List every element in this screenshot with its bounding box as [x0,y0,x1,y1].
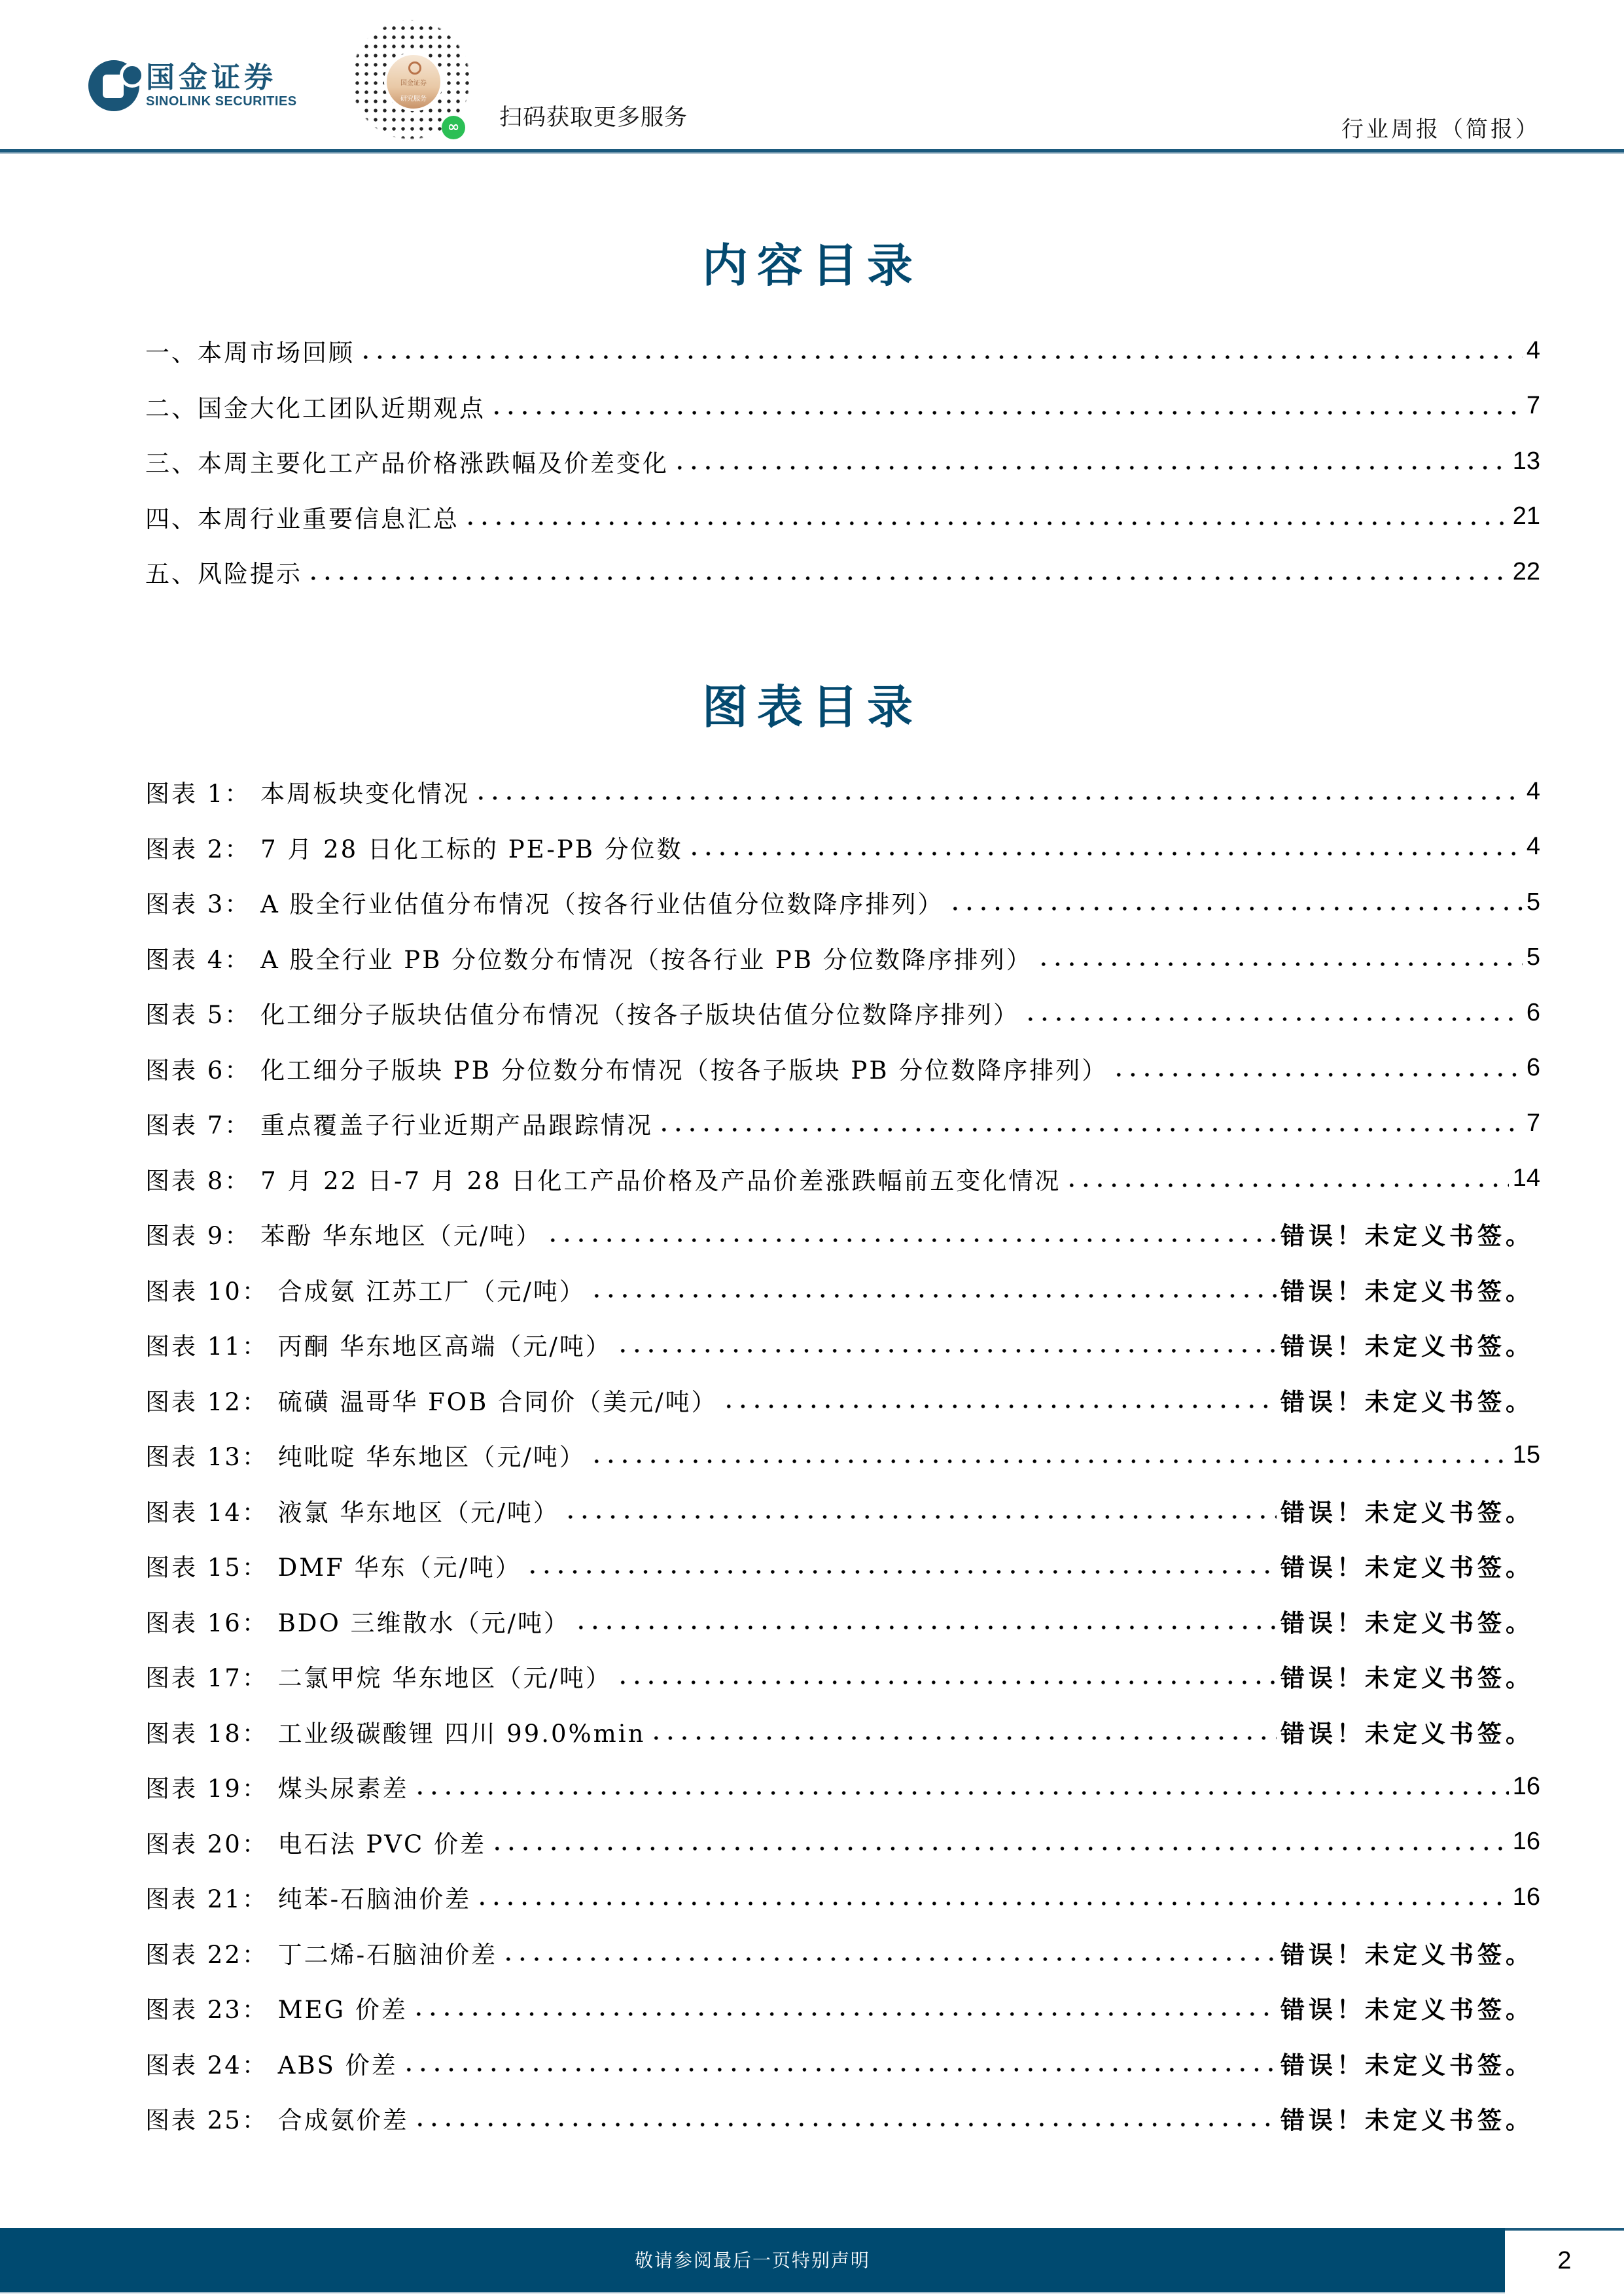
figure-toc-entry[interactable]: 图表 10： 合成氨 江苏工厂（元/吨）错误！未定义书签。 [145,1262,1540,1317]
figure-toc-label: 图表 3： A 股全行业估值分布情况（按各行业估值分位数降序排列） [145,884,944,920]
qr-center-badge: 国金证券 研究服务 [384,52,443,111]
bookmark-error-text: 错误！未定义书签。 [1280,1658,1534,1694]
figure-toc-page-number: 4 [1527,778,1540,806]
dot-leader [525,1553,1277,1578]
dot-leader [590,1442,1509,1467]
figure-toc-entry[interactable]: 图表 21： 纯苯-石脑油价差16 [145,1870,1540,1925]
figure-toc-entry[interactable]: 图表 15： DMF 华东（元/吨）错误！未定义书签。 [145,1538,1540,1593]
figure-toc-page-number: 14 [1513,1164,1540,1192]
figures-title: 图表目录 [0,670,1624,737]
figure-toc-entry[interactable]: 图表 4： A 股全行业 PB 分位数分布情况（按各行业 PB 分位数降序排列）… [145,930,1540,986]
dot-leader [474,779,1523,804]
figure-toc-page-number: 5 [1527,888,1540,916]
figure-toc-label: 图表 2： 7 月 28 日化工标的 PE-PB 分位数 [145,829,683,865]
dot-leader [687,835,1523,860]
figure-toc-label: 图表 24： ABS 价差 [145,2045,398,2081]
figure-toc-entry[interactable]: 图表 18： 工业级碳酸锂 四川 99.0%min错误！未定义书签。 [145,1704,1540,1760]
dot-leader [489,394,1523,419]
dot-leader [1023,1000,1523,1025]
dot-leader [413,1774,1509,1799]
logo-chinese-name: 国金证券 [146,62,297,94]
bookmark-error-text: 错误！未定义书签。 [1280,1382,1534,1418]
figure-toc-label: 图表 16： BDO 三维散水（元/吨） [145,1603,570,1639]
toc-entry-label: 二、国金大化工团队近期观点 [145,389,485,424]
figure-toc-label: 图表 10： 合成氨 江苏工厂（元/吨） [145,1272,586,1307]
dot-leader [1112,1056,1523,1081]
figure-toc-entry[interactable]: 图表 23： MEG 价差错误！未定义书签。 [145,1980,1540,2036]
dot-leader [673,449,1509,474]
figure-toc-label: 图表 14： 液氯 华东地区（元/吨） [145,1493,559,1528]
figure-toc-entry[interactable]: 图表 7： 重点覆盖子行业近期产品跟踪情况7 [145,1096,1540,1151]
figure-toc-page-number: 16 [1513,1883,1540,1911]
toc-page-number: 22 [1513,558,1540,586]
dot-leader [1065,1166,1508,1191]
figure-toc-entry[interactable]: 图表 22： 丁二烯-石脑油价差错误！未定义书签。 [145,1925,1540,1981]
figure-toc-entry[interactable]: 图表 9： 苯酚 华东地区（元/吨）错误！未定义书签。 [145,1206,1540,1262]
figure-toc-page-number: 16 [1513,1828,1540,1856]
page-number: 2 [1505,2228,1624,2293]
dot-leader [722,1387,1277,1412]
figure-toc-entry[interactable]: 图表 11： 丙酮 华东地区高端（元/吨）错误！未定义书签。 [145,1317,1540,1372]
figure-toc-entry[interactable]: 图表 12： 硫磺 温哥华 FOB 合同价（美元/吨）错误！未定义书签。 [145,1372,1540,1428]
dot-leader [402,2051,1277,2076]
header-divider-accent [0,152,1624,154]
figure-toc-label: 图表 19： 煤头尿素差 [145,1769,409,1804]
figure-toc-entry[interactable]: 图表 5： 化工细分子版块估值分布情况（按各子版块估值分位数降序排列）6 [145,985,1540,1041]
toc-entry-label: 三、本周主要化工产品价格涨跌幅及价差变化 [145,444,669,479]
sinolink-logo: 国金证券 SINOLINK SECURITIES [88,60,297,111]
dot-leader [616,1332,1277,1357]
toc-entry[interactable]: 三、本周主要化工产品价格涨跌幅及价差变化 13 [145,434,1540,489]
figure-toc-entry[interactable]: 图表 1： 本周板块变化情况4 [145,764,1540,820]
figure-toc-entry[interactable]: 图表 24： ABS 价差错误！未定义书签。 [145,2036,1540,2091]
dot-leader [359,338,1523,363]
figure-toc-label: 图表 23： MEG 价差 [145,1990,408,2025]
mini-program-icon: ∞ [442,116,465,139]
scan-prompt: 扫码获取更多服务 [499,99,688,132]
figure-toc-label: 图表 11： 丙酮 华东地区高端（元/吨） [145,1327,612,1362]
figure-toc-entry[interactable]: 图表 19： 煤头尿素差16 [145,1759,1540,1815]
dot-leader [649,1719,1277,1744]
figure-toc-label: 图表 17： 二氯甲烷 华东地区（元/吨） [145,1658,612,1694]
figure-toc-entry[interactable]: 图表 2： 7 月 28 日化工标的 PE-PB 分位数4 [145,820,1540,875]
figure-toc-label: 图表 1： 本周板块变化情况 [145,774,470,809]
figure-toc-entry[interactable]: 图表 13： 纯吡啶 华东地区（元/吨）15 [145,1427,1540,1483]
bookmark-error-text: 错误！未定义书签。 [1280,1548,1534,1583]
contents-toc: 一、本周市场回顾 4 二、国金大化工团队近期观点 7 三、本周主要化工产品价格涨… [145,323,1540,600]
figure-toc-entry[interactable]: 图表 3： A 股全行业估值分布情况（按各行业估值分位数降序排列）5 [145,875,1540,930]
figure-toc-label: 图表 9： 苯酚 华东地区（元/吨） [145,1216,542,1251]
figure-toc-entry[interactable]: 图表 17： 二氯甲烷 华东地区（元/吨）错误！未定义书签。 [145,1648,1540,1704]
figure-toc-entry[interactable]: 图表 8： 7 月 22 日-7 月 28 日化工产品价格及产品价差涨跌幅前五变… [145,1151,1540,1207]
figure-toc-label: 图表 7： 重点覆盖子行业近期产品跟踪情况 [145,1105,653,1141]
toc-entry-label: 四、本周行业重要信息汇总 [145,499,459,534]
toc-entry[interactable]: 一、本周市场回顾 4 [145,323,1540,379]
dot-leader [413,2106,1277,2131]
figure-toc-page-number: 15 [1513,1441,1540,1469]
figure-toc-label: 图表 20： 电石法 PVC 价差 [145,1824,486,1860]
figure-toc-label: 图表 12： 硫磺 温哥华 FOB 合同价（美元/吨） [145,1382,718,1418]
dot-leader [490,1830,1509,1854]
figure-toc-page-number: 4 [1527,833,1540,861]
figure-toc-entry[interactable]: 图表 6： 化工细分子版块 PB 分位数分布情况（按各子版块 PB 分位数降序排… [145,1041,1540,1096]
figure-toc-label: 图表 6： 化工细分子版块 PB 分位数分布情况（按各子版块 PB 分位数降序排… [145,1051,1108,1086]
footer-disclaimer: 敬请参阅最后一页特别声明 [0,2228,1505,2293]
toc-entry[interactable]: 二、国金大化工团队近期观点 7 [145,379,1540,434]
toc-entry[interactable]: 五、风险提示 22 [145,544,1540,600]
dot-leader [590,1277,1277,1302]
figure-toc-page-number: 7 [1527,1109,1540,1138]
sinolink-logo-icon [88,60,139,111]
dot-leader [657,1111,1523,1136]
figure-toc-label: 图表 21： 纯苯-石脑油价差 [145,1879,471,1915]
bookmark-error-text: 错误！未定义书签。 [1280,1272,1534,1307]
toc-page-number: 4 [1527,337,1540,365]
logo-english-name: SINOLINK SECURITIES [146,94,297,109]
bookmark-error-text: 错误！未定义书签。 [1280,1493,1534,1528]
report-type-label: 行业周报（简报） [1341,111,1540,143]
figure-toc-entry[interactable]: 图表 20： 电石法 PVC 价差16 [145,1815,1540,1870]
dot-leader [306,559,1509,584]
dot-leader [475,1885,1509,1909]
bookmark-error-text: 错误！未定义书签。 [1280,1714,1534,1749]
bookmark-error-text: 错误！未定义书签。 [1280,1990,1534,2025]
dot-leader [616,1663,1277,1688]
figure-toc-label: 图表 4： A 股全行业 PB 分位数分布情况（按各行业 PB 分位数降序排列） [145,940,1033,975]
dot-leader [501,1940,1277,1965]
bookmark-error-text: 错误！未定义书签。 [1280,1216,1534,1251]
dot-leader [546,1221,1277,1246]
toc-page-number: 21 [1513,502,1540,531]
figure-toc-label: 图表 5： 化工细分子版块估值分布情况（按各子版块估值分位数降序排列） [145,995,1019,1030]
figure-toc-page-number: 6 [1527,999,1540,1027]
figure-toc-label: 图表 15： DMF 华东（元/吨） [145,1548,521,1583]
bookmark-error-text: 错误！未定义书签。 [1280,1935,1534,1970]
toc-page-number: 13 [1513,447,1540,476]
dot-leader [463,504,1509,529]
dot-leader [1036,945,1523,970]
figure-toc-page-number: 16 [1513,1773,1540,1801]
figure-toc-page-number: 5 [1527,943,1540,971]
bookmark-error-text: 错误！未定义书签。 [1280,1327,1534,1362]
dot-leader [948,890,1523,914]
bookmark-error-text: 错误！未定义书签。 [1280,2100,1534,2136]
figure-toc-label: 图表 13： 纯吡啶 华东地区（元/吨） [145,1437,586,1472]
contents-title: 内容目录 [0,229,1624,295]
toc-entry-label: 五、风险提示 [145,554,302,589]
toc-entry[interactable]: 四、本周行业重要信息汇总 21 [145,489,1540,545]
qr-code-icon[interactable]: 国金证券 研究服务 ∞ [344,14,478,145]
toc-page-number: 7 [1527,392,1540,420]
bookmark-error-text: 错误！未定义书签。 [1280,2045,1534,2081]
figure-toc-page-number: 6 [1527,1054,1540,1082]
toc-entry-label: 一、本周市场回顾 [145,333,355,368]
page-header: 国金证券 SINOLINK SECURITIES 国金证券 研究服务 ∞ 扫码获… [0,0,1624,154]
figures-toc: 图表 1： 本周板块变化情况4图表 2： 7 月 28 日化工标的 PE-PB … [145,764,1540,2146]
figure-toc-label: 图表 22： 丁二烯-石脑油价差 [145,1935,497,1970]
figure-toc-entry[interactable]: 图表 14： 液氯 华东地区（元/吨）错误！未定义书签。 [145,1483,1540,1539]
figure-toc-label: 图表 25： 合成氨价差 [145,2100,409,2136]
figure-toc-label: 图表 18： 工业级碳酸锂 四川 99.0%min [145,1714,645,1749]
figure-toc-entry[interactable]: 图表 16： BDO 三维散水（元/吨）错误！未定义书签。 [145,1593,1540,1649]
bookmark-error-text: 错误！未定义书签。 [1280,1603,1534,1639]
dot-leader [412,1995,1277,2020]
figure-toc-label: 图表 8： 7 月 22 日-7 月 28 日化工产品价格及产品价差涨跌幅前五变… [145,1161,1061,1196]
dot-leader [574,1609,1277,1633]
figure-toc-entry[interactable]: 图表 25： 合成氨价差错误！未定义书签。 [145,2091,1540,2146]
dot-leader [563,1498,1277,1523]
